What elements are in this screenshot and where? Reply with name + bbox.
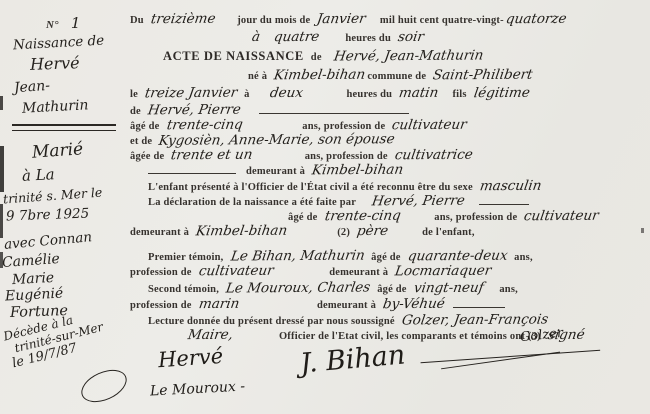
handwritten-entry: treize Janvier [144,85,239,102]
printed-form-text: demeurant à [130,227,189,238]
signature-bihan: J. Bihan [299,339,407,379]
handwritten-entry: quatorze [505,11,568,27]
printed-form-text: demeurant à [329,267,388,278]
printed-form-text: mil huit cent quatre-vingt- [380,15,504,26]
line-acte-titre: ACTE DE NAISSANCEdeHervé, Jean-Mathurin [163,47,490,65]
handwritten-entry: Maire, [187,327,234,343]
scan-artifact [0,252,3,268]
handwritten-entry: marin [197,296,240,312]
line-lieu-naissance: né àKimbel-bihancommune deSaint-Philiber… [248,66,540,84]
blank-rule [259,104,409,114]
handwritten-entry: Kimbel-bihan [311,162,405,179]
handwritten-entry: vingt-neuf [412,280,484,296]
line-declarant-dom: demeurant àKimbel-bihan(2)pèrede l'enfan… [130,222,482,240]
handwritten-entry: à [251,29,261,45]
signature-herve: Hervé [157,344,224,372]
line-date-naissance: letreize Janvieràdeuxheures dumatinfilsl… [130,84,537,102]
scan-artifact [0,96,3,110]
scan-artifact [0,204,3,238]
printed-form-text: Second témoin, [148,284,219,295]
blank-rule [453,298,505,308]
handwritten-entry: Locmariaquer [394,263,493,280]
act-number-label: N° [46,19,59,31]
printed-form-text: jour du mois de [237,15,310,26]
marriage-note-l2: à La [22,165,56,185]
scan-artifact [0,146,4,192]
printed-form-text: commune de [367,71,426,82]
printed-form-text: ACTE DE NAISSANCE [163,49,304,63]
paraph-flourish [76,363,131,408]
handwritten-entry: treizième [150,11,217,27]
handwritten-entry: légitime [472,85,530,101]
handwritten-entry: cultivateur [523,208,600,225]
printed-form-text: Officier de l'Etat civil, les comparants… [279,331,541,342]
printed-form-text: né à [248,71,267,82]
printed-form-text: ans, [499,284,518,295]
handwritten-entry: Le Mouroux, Charles [225,279,372,296]
handwritten-entry: quatre [273,29,321,45]
handwritten-entry: Saint-Philibert [432,67,534,84]
handwritten-entry: matin [398,85,440,101]
printed-form-text: fils [452,89,466,100]
line-date-acte: Dutreizièmejour du mois deJanviermil hui… [130,10,573,28]
marriage-note-l1: Marié [31,139,83,163]
margin-title-prenom2: Mathurin [22,97,89,116]
line-heure-acte: àquatreheures dusoir [252,28,431,46]
printed-form-text: âgé de [377,284,407,295]
marriage-note-l4: 9 7bre 1925 [6,206,90,225]
marriage-note-l6: Camélie [2,251,61,271]
handwritten-entry: Hervé, Jean-Mathurin [332,47,484,64]
marriage-note-l5: avec Connan [3,229,92,253]
printed-form-text: le [130,89,138,100]
blank-rule [479,195,529,205]
handwritten-entry: soir [397,29,425,45]
printed-form-text: demeurant à [246,166,305,177]
printed-form-text: à [244,89,249,100]
margin-divider-rule [12,124,116,131]
handwritten-entry: Kimbel-bihan [195,223,289,240]
handwritten-entry: cultivateur [197,263,274,280]
marriage-note-l8: Eugénié [5,285,64,304]
printed-form-text: heures du [347,89,393,100]
act-number: N° 1 [46,14,80,32]
printed-form-text: ans, [514,252,533,263]
printed-form-text: demeurant à [317,300,376,311]
signature-mouroux: Le Mouroux - [150,379,246,400]
scan-artifact [641,228,644,233]
blank-rule [148,164,236,174]
handwritten-entry: cultivateur [391,117,468,134]
line-temoin1-prof: profession decultivateurdemeurant àLocma… [130,262,498,280]
handwritten-entry: Janvier [316,11,367,27]
marriage-note-l3: trinité s. Mer le [3,185,103,207]
act-number-value: 1 [71,14,81,32]
handwritten-entry: Kimbel-bihan [273,67,367,84]
printed-form-text: profession de [130,300,192,311]
birth-certificate-scan: N° 1 Naissance de Hervé Jean- Mathurin M… [0,0,650,414]
printed-form-text: profession de [130,267,192,278]
margin-title-naissance: Naissance de [13,33,105,54]
handwritten-entry: by-Véhué [382,296,446,312]
printed-form-text: de l'enfant, [422,227,475,238]
handwritten-entry: deux [268,85,303,101]
margin-title-prenom1: Jean- [13,78,50,96]
printed-form-text: Du [130,15,144,26]
margin-title-nom: Hervé [30,53,80,74]
printed-form-text: de [311,52,322,63]
printed-form-text: (2) [337,227,350,238]
handwritten-entry: père [356,223,390,239]
printed-form-text: heures du [345,33,391,44]
